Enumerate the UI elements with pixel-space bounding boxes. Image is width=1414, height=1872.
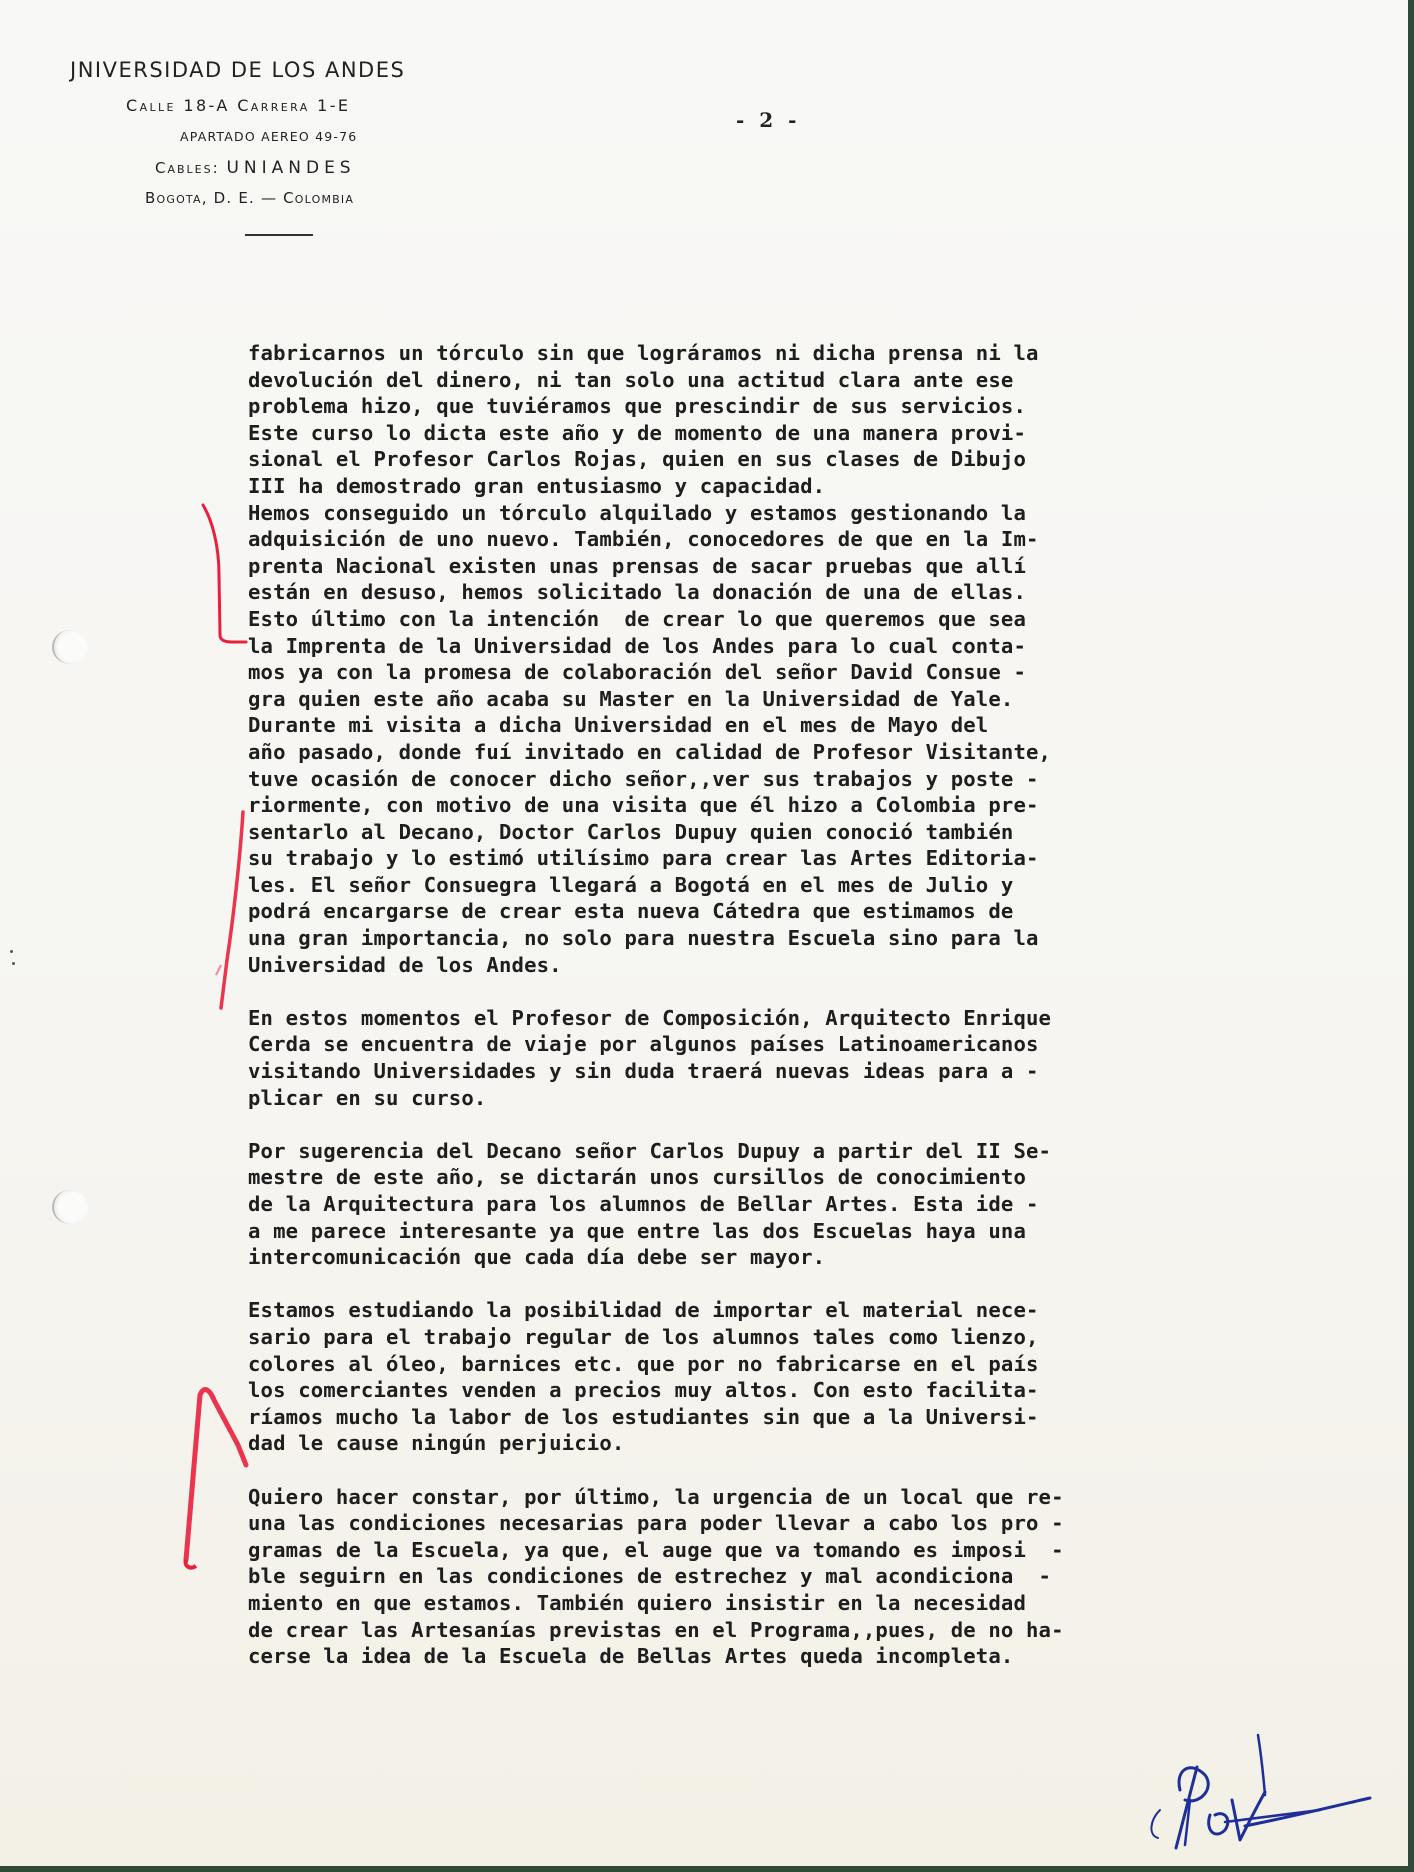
text-line: prenta Nacional existen unas prensas de … <box>248 553 1248 580</box>
text-line: Hemos conseguido un tórculo alquilado y … <box>248 500 1248 527</box>
text-line: cerse la idea de la Escuela de Bellas Ar… <box>248 1643 1248 1670</box>
text-line: gramas de la Escuela, ya que, el auge qu… <box>248 1537 1248 1564</box>
paragraph-gap <box>248 978 1248 1005</box>
punch-hole-icon <box>52 630 88 664</box>
red-caret-mark <box>186 1390 246 1560</box>
text-line: Esto último con la intención de crear lo… <box>248 606 1248 633</box>
letterhead-rule <box>245 234 313 236</box>
letter-page: JNIVERSIDAD DE LOS ANDES Calle 18-A Carr… <box>0 0 1408 1866</box>
text-line: intercomunicación que cada día debe ser … <box>248 1244 1248 1271</box>
cables-value: UNIANDES <box>226 158 355 178</box>
text-line: fabricarnos un tórculo sin que lográramo… <box>248 340 1248 367</box>
text-line: sentarlo al Decano, Doctor Carlos Dupuy … <box>248 819 1248 846</box>
scan-border-bottom <box>0 1866 1414 1872</box>
text-line: de crear las Artesanías previstas en el … <box>248 1617 1248 1644</box>
text-line: Universidad de los Andes. <box>248 952 1248 979</box>
text-line: ble seguirn en las condiciones de estrec… <box>248 1563 1248 1590</box>
text-line: gra quien este año acaba su Master en la… <box>248 686 1248 713</box>
text-line: a me parece interesante ya que entre las… <box>248 1218 1248 1245</box>
text-line: dad le cause ningún perjuicio. <box>248 1430 1248 1457</box>
text-line: En estos momentos el Profesor de Composi… <box>248 1005 1248 1032</box>
paragraph: Quiero hacer constar, por último, la urg… <box>248 1484 1248 1670</box>
text-line: la Imprenta de la Universidad de los And… <box>248 633 1248 660</box>
text-line: riormente, con motivo de una visita que … <box>248 792 1248 819</box>
text-line: Este curso lo dicta este año y de moment… <box>248 420 1248 447</box>
cables-line: Cables: UNIANDES <box>155 158 356 178</box>
text-line: su trabajo y lo estimó utilísimo para cr… <box>248 845 1248 872</box>
text-line: adquisición de uno nuevo. También, conoc… <box>248 526 1248 553</box>
institution-name: JNIVERSIDAD DE LOS ANDES <box>70 58 405 82</box>
text-line: de la Arquitectura para los alumnos de B… <box>248 1191 1248 1218</box>
text-line: Cerda se encuentra de viaje por algunos … <box>248 1031 1248 1058</box>
red-bracket-mark <box>203 505 246 642</box>
text-line: sional el Profesor Carlos Rojas, quien e… <box>248 446 1248 473</box>
text-line: una las condiciones necesarias para pode… <box>248 1510 1248 1537</box>
city-line: Bogota, D. E. — Colombia <box>145 189 354 207</box>
text-line: les. El señor Consuegra llegará a Bogotá… <box>248 872 1248 899</box>
text-line: Durante mi visita a dicha Universidad en… <box>248 712 1248 739</box>
text-line: mestre de este año, se dictarán unos cur… <box>248 1164 1248 1191</box>
text-line: mos ya con la promesa de colaboración de… <box>248 659 1248 686</box>
paragraph: En estos momentos el Profesor de Composi… <box>248 1005 1248 1111</box>
paragraph: Estamos estudiando la posibilidad de imp… <box>248 1297 1248 1457</box>
text-line: sario para el trabajo regular de los alu… <box>248 1324 1248 1351</box>
signature-icon <box>1151 1735 1370 1848</box>
red-margin-line <box>221 812 243 1008</box>
street-address: Calle 18-A Carrera 1-E <box>126 96 350 115</box>
page-number: - 2 - <box>736 108 800 132</box>
po-box: APARTADO AEREO 49-76 <box>180 129 357 144</box>
punch-hole-icon <box>52 1190 88 1224</box>
text-line: Por sugerencia del Decano señor Carlos D… <box>248 1138 1248 1165</box>
speck <box>12 962 15 965</box>
paragraph: fabricarnos un tórculo sin que lográramo… <box>248 340 1248 978</box>
letter-body: fabricarnos un tórculo sin que lográramo… <box>248 340 1248 1670</box>
speck <box>10 950 13 953</box>
scan-border-right <box>1408 0 1414 1872</box>
paragraph-gap <box>248 1271 1248 1298</box>
cables-label: Cables: <box>155 159 220 177</box>
text-line: visitando Universidades y sin duda traer… <box>248 1058 1248 1085</box>
text-line: Estamos estudiando la posibilidad de imp… <box>248 1297 1248 1324</box>
paragraph: Por sugerencia del Decano señor Carlos D… <box>248 1138 1248 1271</box>
text-line: están en desuso, hemos solicitado la don… <box>248 579 1248 606</box>
text-line: podrá encargarse de crear esta nueva Cát… <box>248 898 1248 925</box>
text-line: una gran importancia, no solo para nuest… <box>248 925 1248 952</box>
text-line: III ha demostrado gran entusiasmo y capa… <box>248 473 1248 500</box>
paragraph-gap <box>248 1111 1248 1138</box>
text-line: ríamos mucho la labor de los estudiantes… <box>248 1404 1248 1431</box>
text-line: devolución del dinero, ni tan solo una a… <box>248 367 1248 394</box>
text-line: colores al óleo, barnices etc. que por n… <box>248 1351 1248 1378</box>
text-line: Quiero hacer constar, por último, la urg… <box>248 1484 1248 1511</box>
text-line: año pasado, donde fuí invitado en calida… <box>248 739 1248 766</box>
text-line: problema hizo, que tuviéramos que presci… <box>248 393 1248 420</box>
paragraph-gap <box>248 1457 1248 1484</box>
text-line: miento en que estamos. También quiero in… <box>248 1590 1248 1617</box>
text-line: los comerciantes venden a precios muy al… <box>248 1377 1248 1404</box>
text-line: plicar en su curso. <box>248 1085 1248 1112</box>
text-line: tuve ocasión de conocer dicho señor,,ver… <box>248 766 1248 793</box>
